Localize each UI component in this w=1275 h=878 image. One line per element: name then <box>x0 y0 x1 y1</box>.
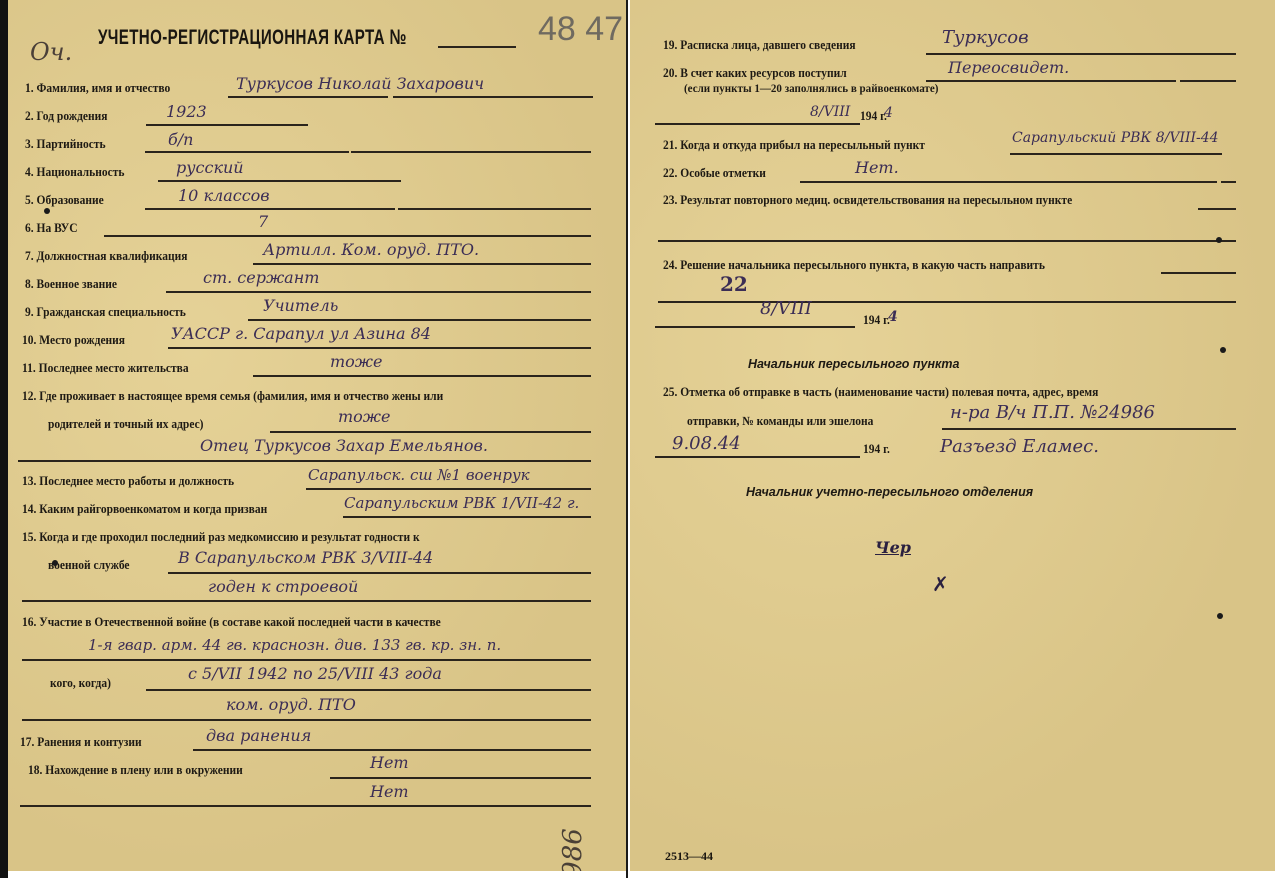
page-fold <box>626 0 628 878</box>
field-16-line <box>22 659 591 661</box>
field-19-line <box>926 53 1236 55</box>
field-24-line <box>1161 272 1236 274</box>
field-12-line-2 <box>18 460 591 462</box>
field-25-place[interactable]: Разъезд Еламес. <box>940 436 1099 457</box>
field-24-date[interactable]: 8/VIII <box>760 298 812 319</box>
field-7-label: 7. Должностная квалификация <box>25 249 187 264</box>
field-17-line <box>193 749 591 751</box>
field-16-value-3[interactable]: ком. оруд. ПТО <box>226 695 356 714</box>
field-5-line-b <box>398 208 591 210</box>
field-15-label: 15. Когда и где проходил последний раз м… <box>22 530 420 545</box>
field-9-line <box>248 319 591 321</box>
field-20-value[interactable]: Переосвидет. <box>948 58 1069 77</box>
field-23-line <box>1198 208 1236 210</box>
field-8-value[interactable]: ст. сержант <box>203 268 319 287</box>
scan-edge-left <box>0 0 8 878</box>
field-20-line <box>926 80 1176 82</box>
field-1-label: 1. Фамилия, имя и отчество <box>25 81 170 96</box>
card-back-page: 19. Расписка лица, давшего сведения Турк… <box>630 0 1275 871</box>
field-12-label-cont: родителей и точный их адрес) <box>48 417 204 432</box>
field-16-line-2 <box>146 689 591 691</box>
field-3-label: 3. Партийность <box>25 137 106 152</box>
field-24-year-digit[interactable]: 4 <box>888 309 898 325</box>
records-chief-signature[interactable]: Чер <box>875 538 911 557</box>
field-3-line-b <box>351 151 591 153</box>
field-24-date-line <box>655 326 855 328</box>
field-21-label: 21. Когда и откуда прибыл на пересыльный… <box>663 138 925 153</box>
signature-mark-x: ✗ <box>932 572 949 596</box>
field-21-line <box>1010 153 1222 155</box>
field-17-label: 17. Ранения и контузии <box>20 735 142 750</box>
field-4-value[interactable]: русский <box>176 158 244 177</box>
field-14-label: 14. Каким райгорвоенкоматом и когда приз… <box>22 502 267 517</box>
card-front-page: Оч. УЧЕТНО-РЕГИСТРАЦИОННАЯ КАРТА № 48 47… <box>8 0 626 871</box>
ink-dot <box>1217 613 1223 619</box>
field-15-label-cont: военной службе <box>48 558 130 573</box>
field-25-year: 194 г. <box>863 442 890 457</box>
field-10-line <box>168 347 591 349</box>
card-title: УЧЕТНО-РЕГИСТРАЦИОННАЯ КАРТА № <box>98 26 407 50</box>
field-24-value[interactable]: 22 <box>720 272 748 296</box>
field-17-value[interactable]: два ранения <box>206 726 311 745</box>
field-24-year: 194 г. <box>863 313 890 328</box>
field-20-line-b <box>1180 80 1236 82</box>
card-number-handwritten: 48 47 <box>538 10 623 49</box>
field-14-value[interactable]: Сарапульским РВК 1/VII-42 г. <box>344 494 579 512</box>
field-25-line <box>942 428 1236 430</box>
field-4-line <box>158 180 401 182</box>
field-1-line-b <box>393 96 593 98</box>
field-20-year-digit[interactable]: 4 <box>884 105 893 121</box>
field-14-line <box>343 516 591 518</box>
field-16-label: 16. Участие в Отечественной войне (в сос… <box>22 615 441 630</box>
card-number-line <box>438 46 516 48</box>
field-18-label: 18. Нахождение в плену или в окружении <box>28 763 243 778</box>
field-16-value-2[interactable]: с 5/VII 1942 по 25/VIII 43 года <box>188 664 442 683</box>
field-20-label: 20. В счет каких ресурсов поступил <box>663 66 847 81</box>
field-19-signature[interactable]: Туркусов <box>942 27 1029 48</box>
field-21-value[interactable]: Сарапульский РВК 8/VIII-44 <box>1012 130 1219 146</box>
field-12-label: 12. Где проживает в настоящее время семь… <box>22 389 443 404</box>
field-3-line <box>145 151 349 153</box>
field-7-line <box>253 263 591 265</box>
field-20-date-line <box>655 123 860 125</box>
field-22-label: 22. Особые отметки <box>663 166 766 181</box>
field-25-label: 25. Отметка об отправке в часть (наимено… <box>663 385 1098 400</box>
field-25-date-line <box>655 456 860 458</box>
field-1-value[interactable]: Туркусов Николай Захарович <box>236 74 484 93</box>
field-11-line <box>253 375 591 377</box>
field-12-value[interactable]: тоже <box>338 407 390 426</box>
field-22-line <box>800 181 1217 183</box>
field-5-line <box>145 208 395 210</box>
field-3-value[interactable]: б/п <box>168 130 193 149</box>
field-15-value-2[interactable]: годен к строевой <box>208 577 358 596</box>
field-12-value-2[interactable]: Отец Туркусов Захар Емельянов. <box>200 436 488 455</box>
field-12-line <box>270 431 591 433</box>
field-8-line <box>166 291 591 293</box>
field-23-label: 23. Результат повторного медиц. освидете… <box>663 193 1072 208</box>
field-1-line <box>228 96 388 98</box>
field-9-value[interactable]: Учитель <box>263 296 338 315</box>
field-10-label: 10. Место рождения <box>22 333 125 348</box>
field-20-note: (если пункты 1—20 заполнялись в райвоенк… <box>684 81 938 96</box>
corner-pencil-mark: Оч. <box>30 38 72 66</box>
field-2-label: 2. Год рождения <box>25 109 108 124</box>
field-18-value[interactable]: Нет <box>370 753 409 772</box>
field-23-line-2 <box>658 240 1236 242</box>
field-25-label-cont: отправки, № команды или эшелона <box>687 414 873 429</box>
field-18-value-2[interactable]: Нет <box>370 782 409 801</box>
ink-dot <box>1220 347 1226 353</box>
field-13-value[interactable]: Сарапульск. сш №1 военрук <box>308 466 530 484</box>
field-25-date[interactable]: 9.08.44 <box>672 433 741 454</box>
ink-dot <box>44 208 50 214</box>
form-print-number: 2513—44 <box>665 849 713 864</box>
field-18-line <box>330 777 591 779</box>
field-16-label-cont: кого, когда) <box>50 676 111 691</box>
ink-dot <box>1216 237 1222 243</box>
field-4-label: 4. Национальность <box>25 165 124 180</box>
field-10-value[interactable]: УАССР г. Сарапул ул Азина 84 <box>171 324 431 343</box>
field-6-label: 6. На ВУС <box>25 221 78 236</box>
field-11-value[interactable]: тоже <box>330 352 382 371</box>
field-2-value[interactable]: 1923 <box>166 102 207 121</box>
field-18-line-2 <box>20 805 591 807</box>
field-13-label: 13. Последнее место работы и должность <box>22 474 234 489</box>
ink-dot <box>52 560 58 566</box>
field-22-line-b <box>1221 181 1236 183</box>
field-6-value[interactable]: 7 <box>258 212 268 231</box>
field-16-value[interactable]: 1-я гвар. арм. 44 гв. краснозн. див. 133… <box>88 636 501 654</box>
field-22-value[interactable]: Нет. <box>855 158 899 177</box>
field-24-label: 24. Решение начальника пересыльного пунк… <box>663 258 1045 273</box>
field-8-label: 8. Военное звание <box>25 277 117 292</box>
field-19-label: 19. Расписка лица, давшего сведения <box>663 38 856 53</box>
field-2-line <box>146 124 308 126</box>
transit-point-chief-label: Начальник пересыльного пункта <box>748 357 959 371</box>
field-11-label: 11. Последнее место жительства <box>22 361 189 376</box>
field-7-value[interactable]: Артилл. Ком. оруд. ПТО. <box>263 240 479 259</box>
field-20-year: 194 г. <box>860 109 887 124</box>
field-15-value[interactable]: В Сарапульском РВК 3/VIII-44 <box>178 548 433 567</box>
field-16-line-3 <box>22 719 591 721</box>
field-20-date[interactable]: 8/VIII <box>810 104 850 120</box>
field-15-line <box>168 572 591 574</box>
field-24-line-2 <box>658 301 1236 303</box>
records-chief-label: Начальник учетно-пересыльного отделения <box>746 485 1033 499</box>
margin-archive-number: 986 <box>558 828 588 871</box>
field-6-line <box>104 235 591 237</box>
field-25-value[interactable]: н-ра В/ч П.П. №24986 <box>950 402 1155 423</box>
field-15-line-2 <box>22 600 591 602</box>
field-13-line <box>306 488 591 490</box>
field-5-label: 5. Образование <box>25 193 104 208</box>
field-5-value[interactable]: 10 классов <box>178 186 270 205</box>
field-9-label: 9. Гражданская специальность <box>25 305 186 320</box>
